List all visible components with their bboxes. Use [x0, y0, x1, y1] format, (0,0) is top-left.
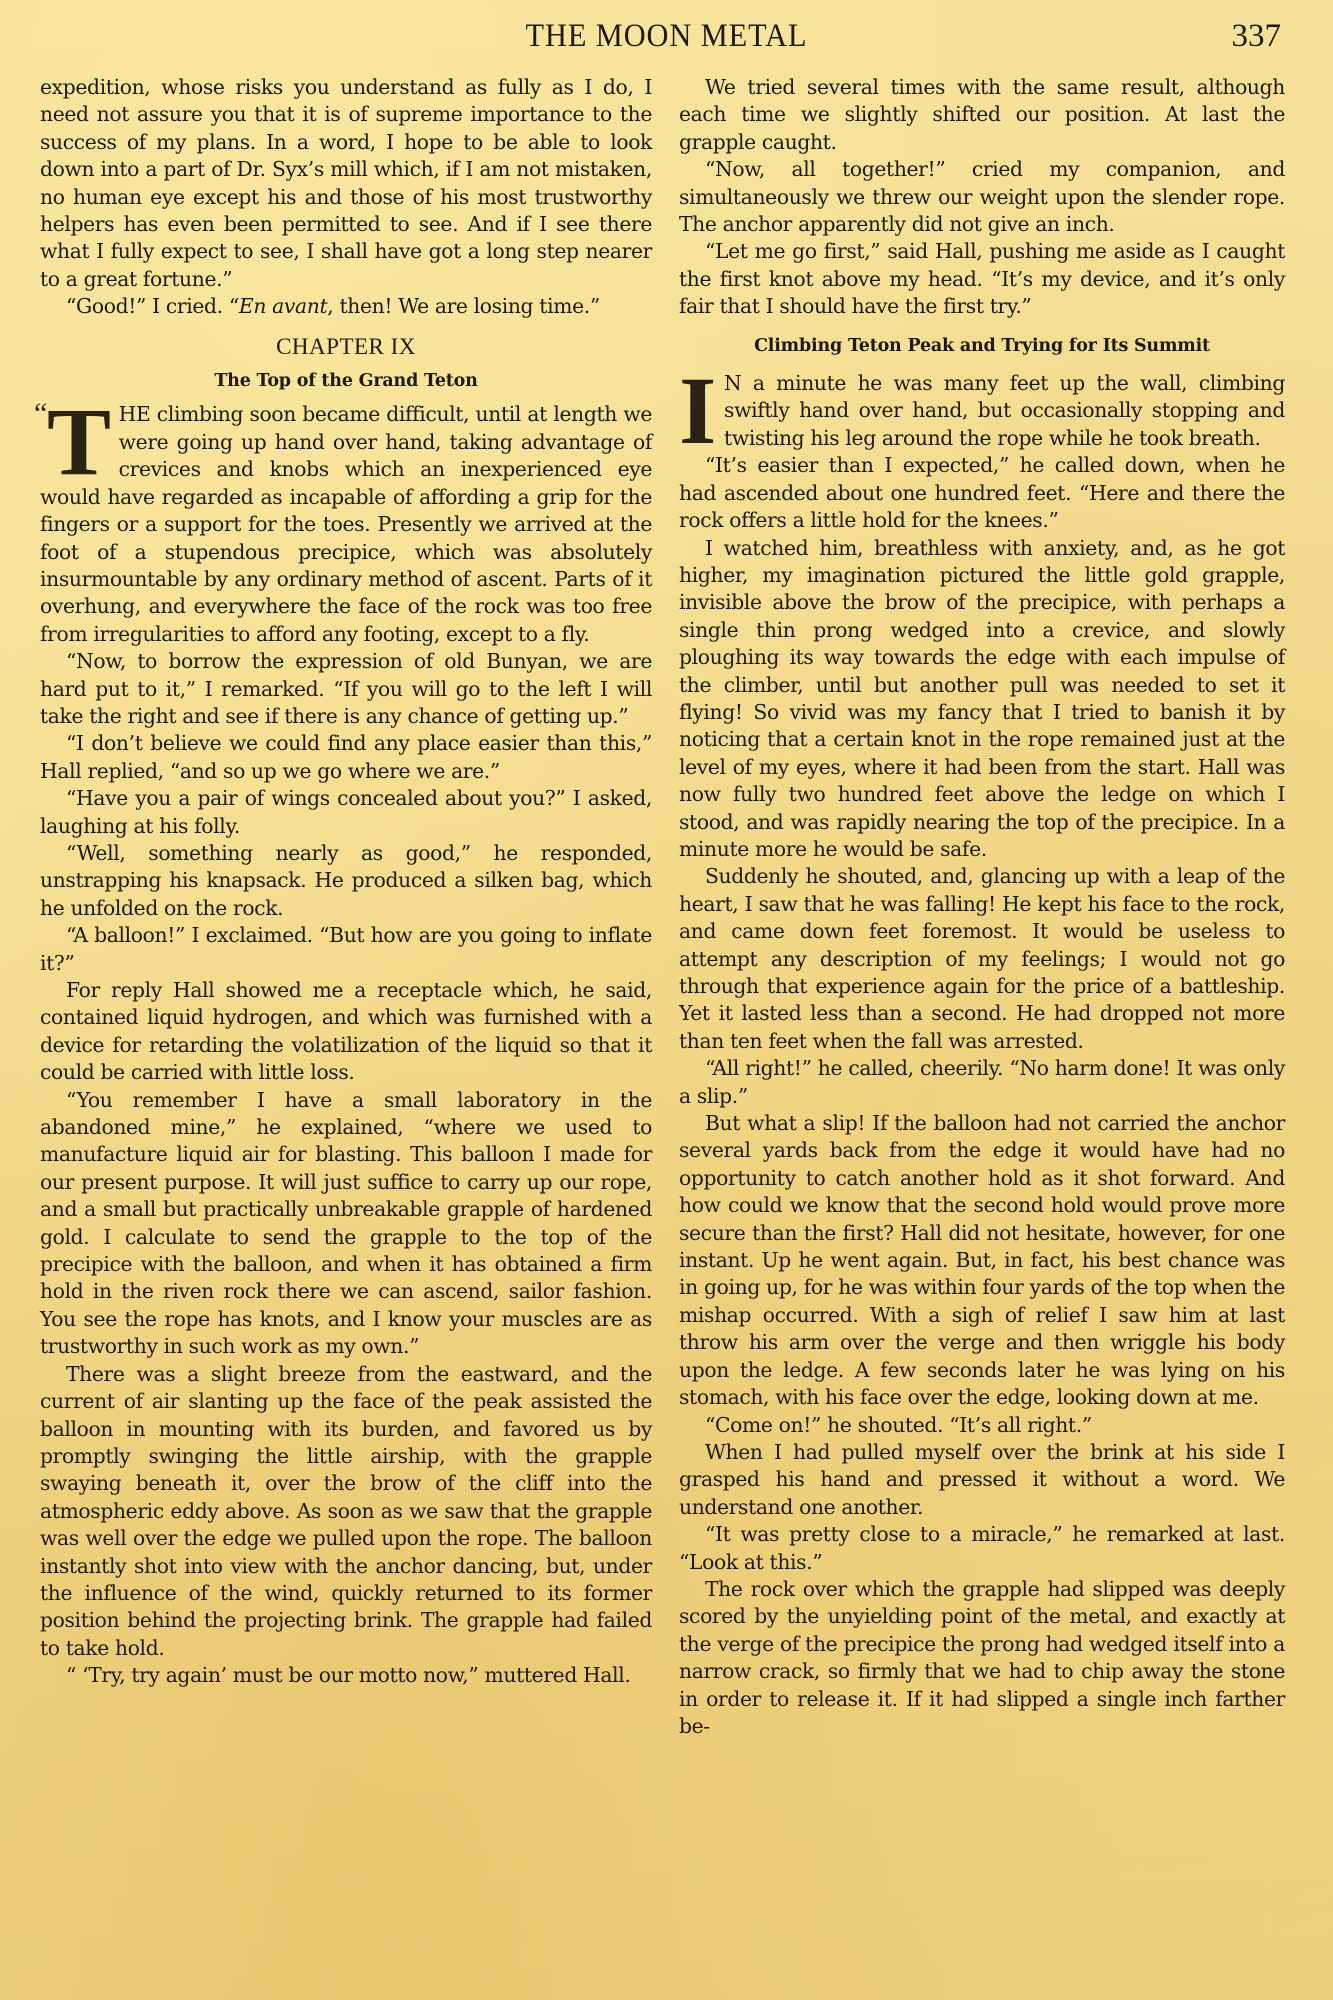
paragraph: We tried several times with the same res… — [679, 74, 1285, 156]
text-span: , then! We are los­ing time.” — [327, 294, 600, 318]
left-column: expedition, whose risks you understand a… — [40, 74, 652, 1690]
paragraph: “It’s easier than I expected,” he called… — [679, 452, 1285, 534]
italic-phrase: En avant — [239, 294, 327, 318]
magazine-page: THE MOON METAL 337 expedition, whose ris… — [0, 0, 1333, 2000]
text-span: HE climbing soon became difficult, until… — [40, 402, 652, 645]
paragraph: “ ‘Try, try again’ must be our motto now… — [40, 1662, 652, 1689]
chapter-number: CHAPTER IX — [40, 333, 652, 360]
paragraph: “I don’t believe we could find any place… — [40, 730, 652, 785]
text-span: N a minute he was many feet up the wall,… — [724, 371, 1285, 450]
page-number: 337 — [1232, 18, 1282, 55]
paragraph: “Now, all together!” cried my companion,… — [679, 156, 1285, 238]
opening-quote-mark: “ — [34, 403, 47, 425]
paragraph: “Have you a pair of wings concealed abou… — [40, 785, 652, 840]
paragraph: “You remember I have a small laboratory … — [40, 1087, 652, 1361]
paragraph: But what a slip! If the balloon had not … — [679, 1110, 1285, 1411]
paragraph: “Now, to borrow the expression of old Bu… — [40, 648, 652, 730]
running-head: THE MOON METAL 337 — [0, 18, 1333, 62]
paragraph: expedition, whose risks you understand a… — [40, 74, 652, 293]
text-span: “Good!” I cried. “ — [66, 294, 239, 318]
paragraph: There was a slight breeze from the eastw… — [40, 1361, 652, 1662]
paragraph: “Good!” I cried. “En avant, then! We are… — [40, 293, 652, 320]
paragraph: “All right!” he called, cheerily. “No ha… — [679, 1055, 1285, 1110]
paragraph: “Let me go first,” said Hall, pushing me… — [679, 238, 1285, 320]
running-title: THE MOON METAL — [53, 18, 1279, 55]
section-title: Climbing Teton Peak and Trying for Its S… — [679, 333, 1285, 360]
paragraph: When I had pulled myself over the brink … — [679, 1439, 1285, 1521]
paragraph: “A balloon!” I exclaimed. “But how are y… — [40, 922, 652, 977]
drop-cap: I — [679, 374, 716, 450]
paragraph: The rock over which the grapple had slip… — [679, 1576, 1285, 1740]
paragraph: I watched him, breathless with anxiety, … — [679, 535, 1285, 864]
paragraph: “It was pretty close to a miracle,” he r… — [679, 1521, 1285, 1576]
chapter-title: The Top of the Grand Teton — [40, 368, 652, 395]
paragraph: “Well, something nearly as good,” he res… — [40, 840, 652, 922]
paragraph: “Come on!” he shouted. “It’s all right.” — [679, 1412, 1285, 1439]
paragraph: “THE climbing soon became difficult, unt… — [40, 401, 652, 648]
paragraph: For reply Hall showed me a receptacle wh… — [40, 977, 652, 1087]
paragraph: IN a minute he was many feet up the wall… — [679, 370, 1285, 452]
drop-cap: T — [47, 405, 111, 481]
right-column: We tried several times with the same res… — [679, 74, 1285, 1740]
paragraph: Suddenly he shouted, and, glancing up wi… — [679, 863, 1285, 1055]
